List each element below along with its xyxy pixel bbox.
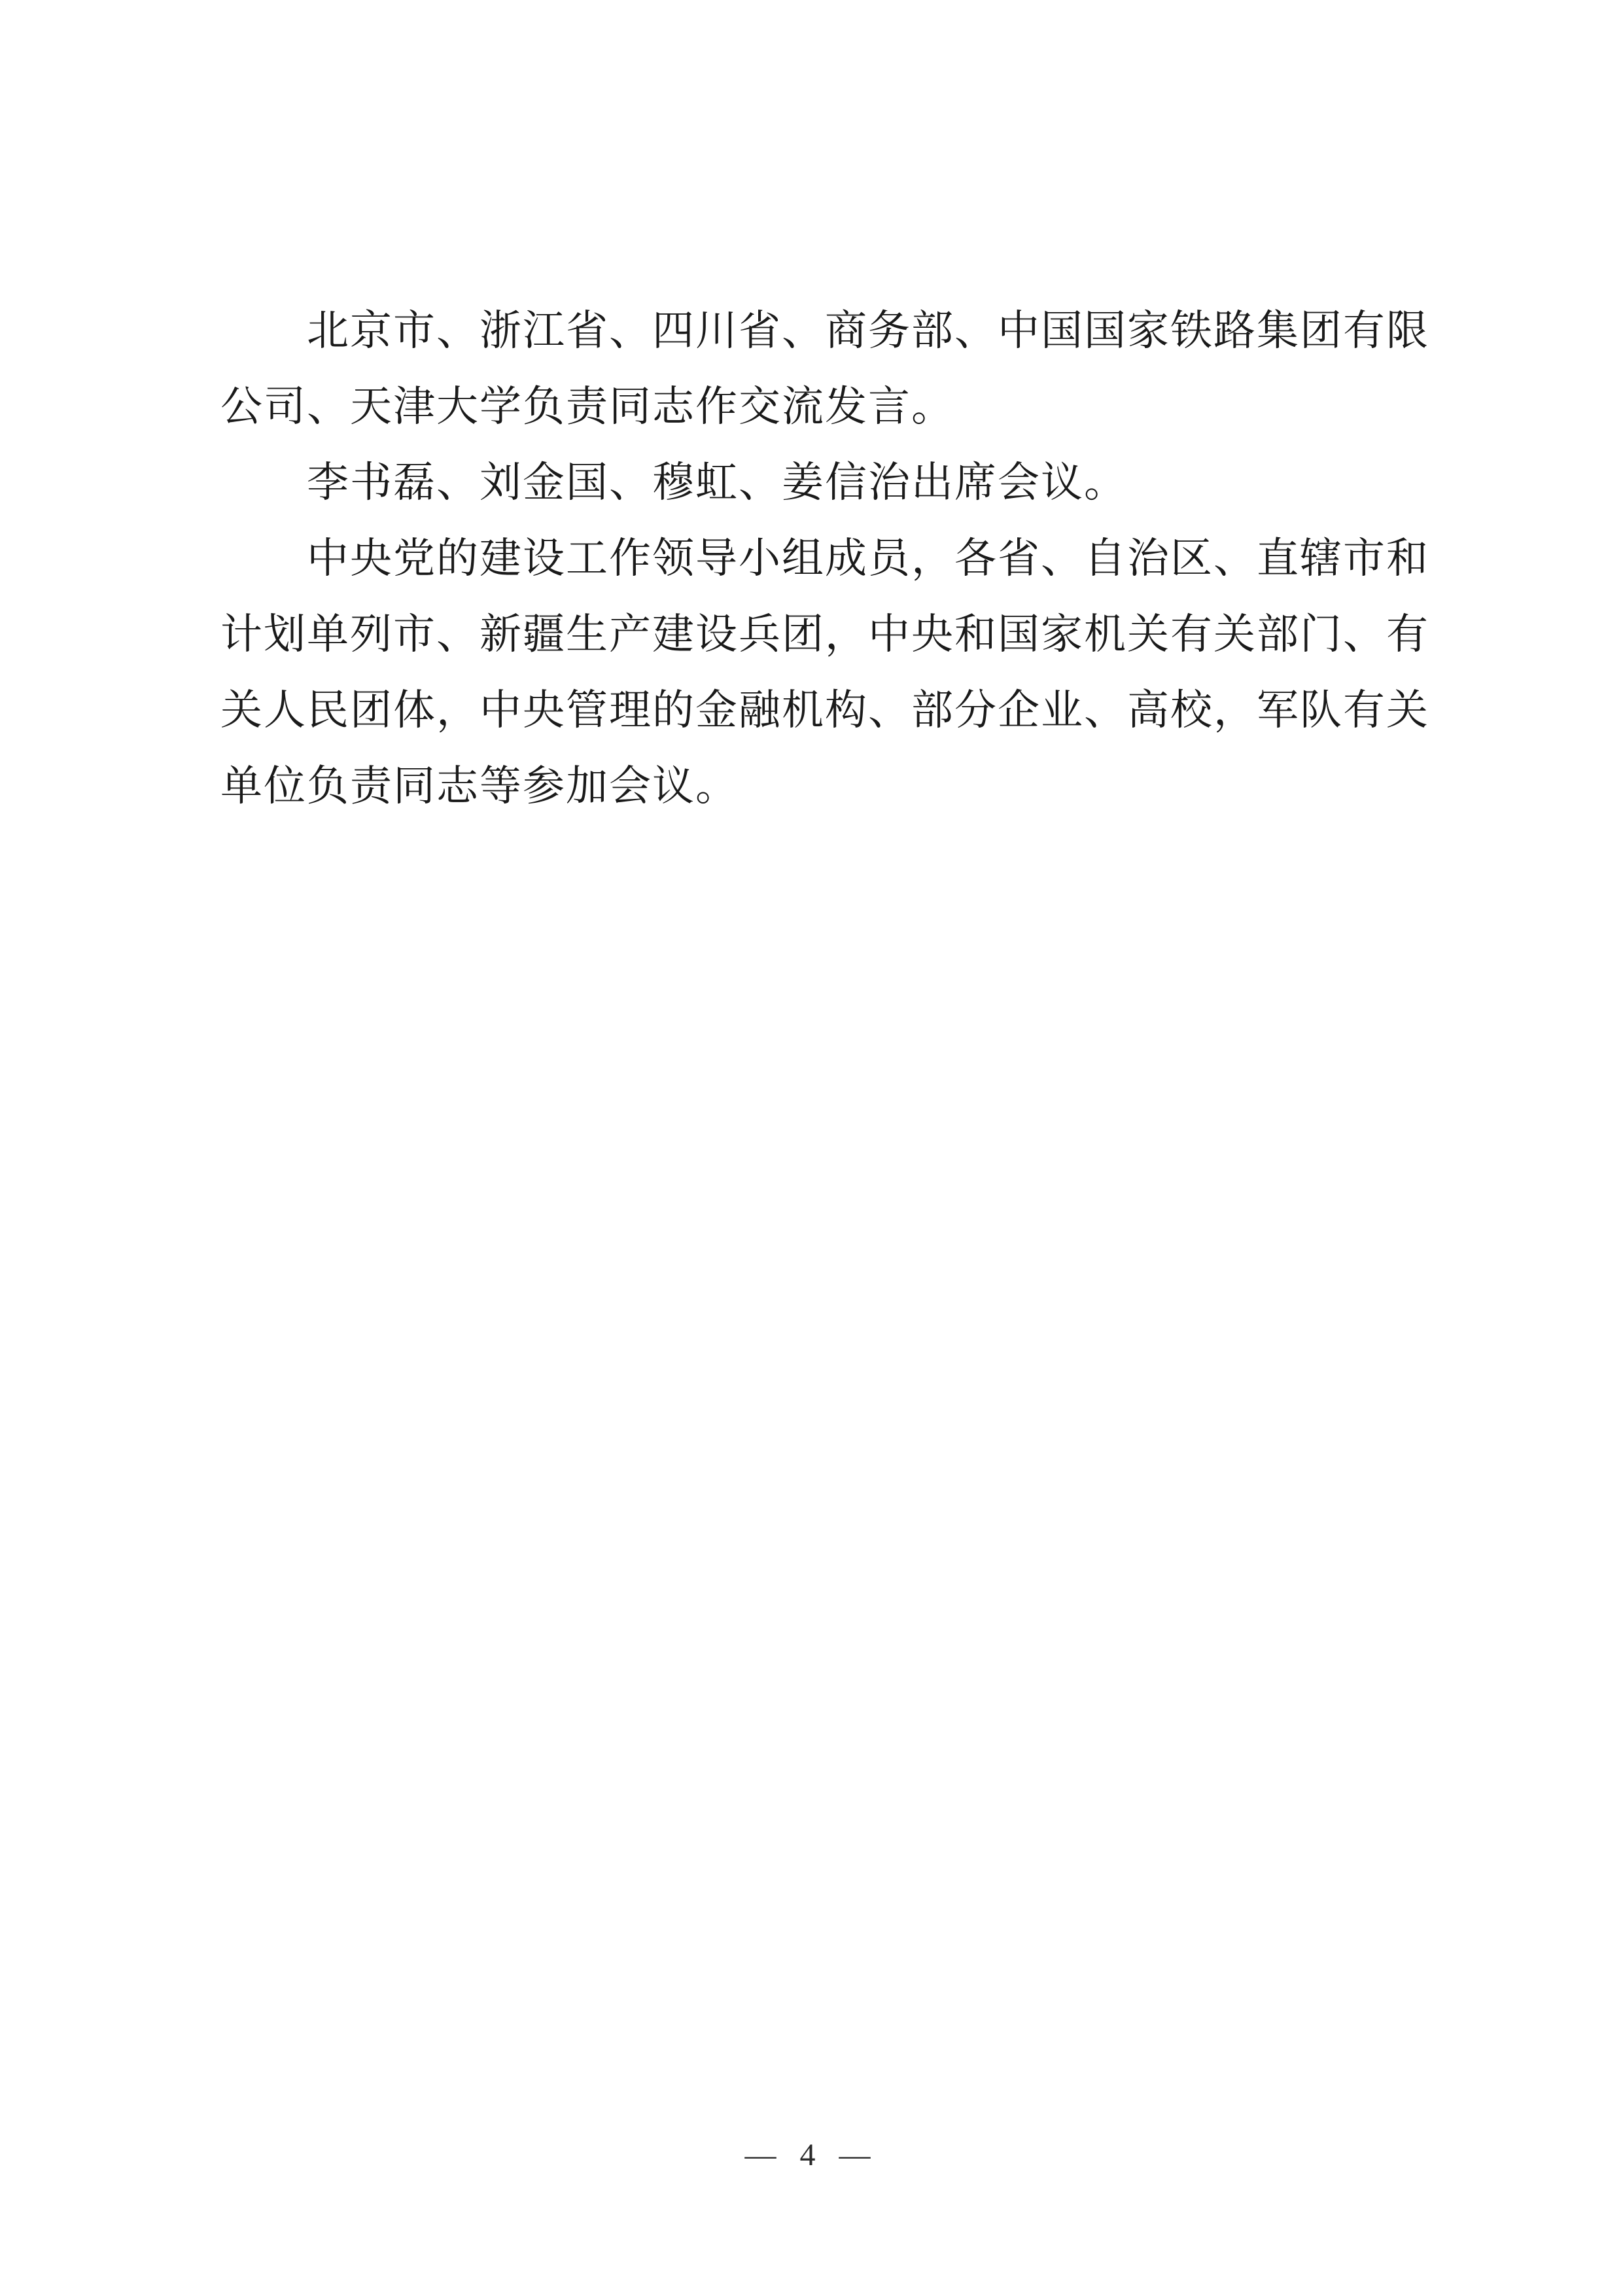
document-body: 北京市、浙江省、四川省、商务部、中国国家铁路集团有限公司、天津大学负责同志作交流… <box>220 293 1429 824</box>
page-footer: — 4 — <box>0 2137 1623 2174</box>
paragraph-attendees: 李书磊、刘金国、穆虹、姜信治出席会议。 <box>220 445 1429 521</box>
page-number: — 4 — <box>745 2137 879 2174</box>
paragraph-speakers: 北京市、浙江省、四川省、商务部、中国国家铁路集团有限公司、天津大学负责同志作交流… <box>220 293 1429 445</box>
paragraph-participants: 中央党的建设工作领导小组成员，各省、自治区、直辖市和计划单列市、新疆生产建设兵团… <box>220 521 1429 824</box>
document-page: 北京市、浙江省、四川省、商务部、中国国家铁路集团有限公司、天津大学负责同志作交流… <box>0 0 1623 2296</box>
